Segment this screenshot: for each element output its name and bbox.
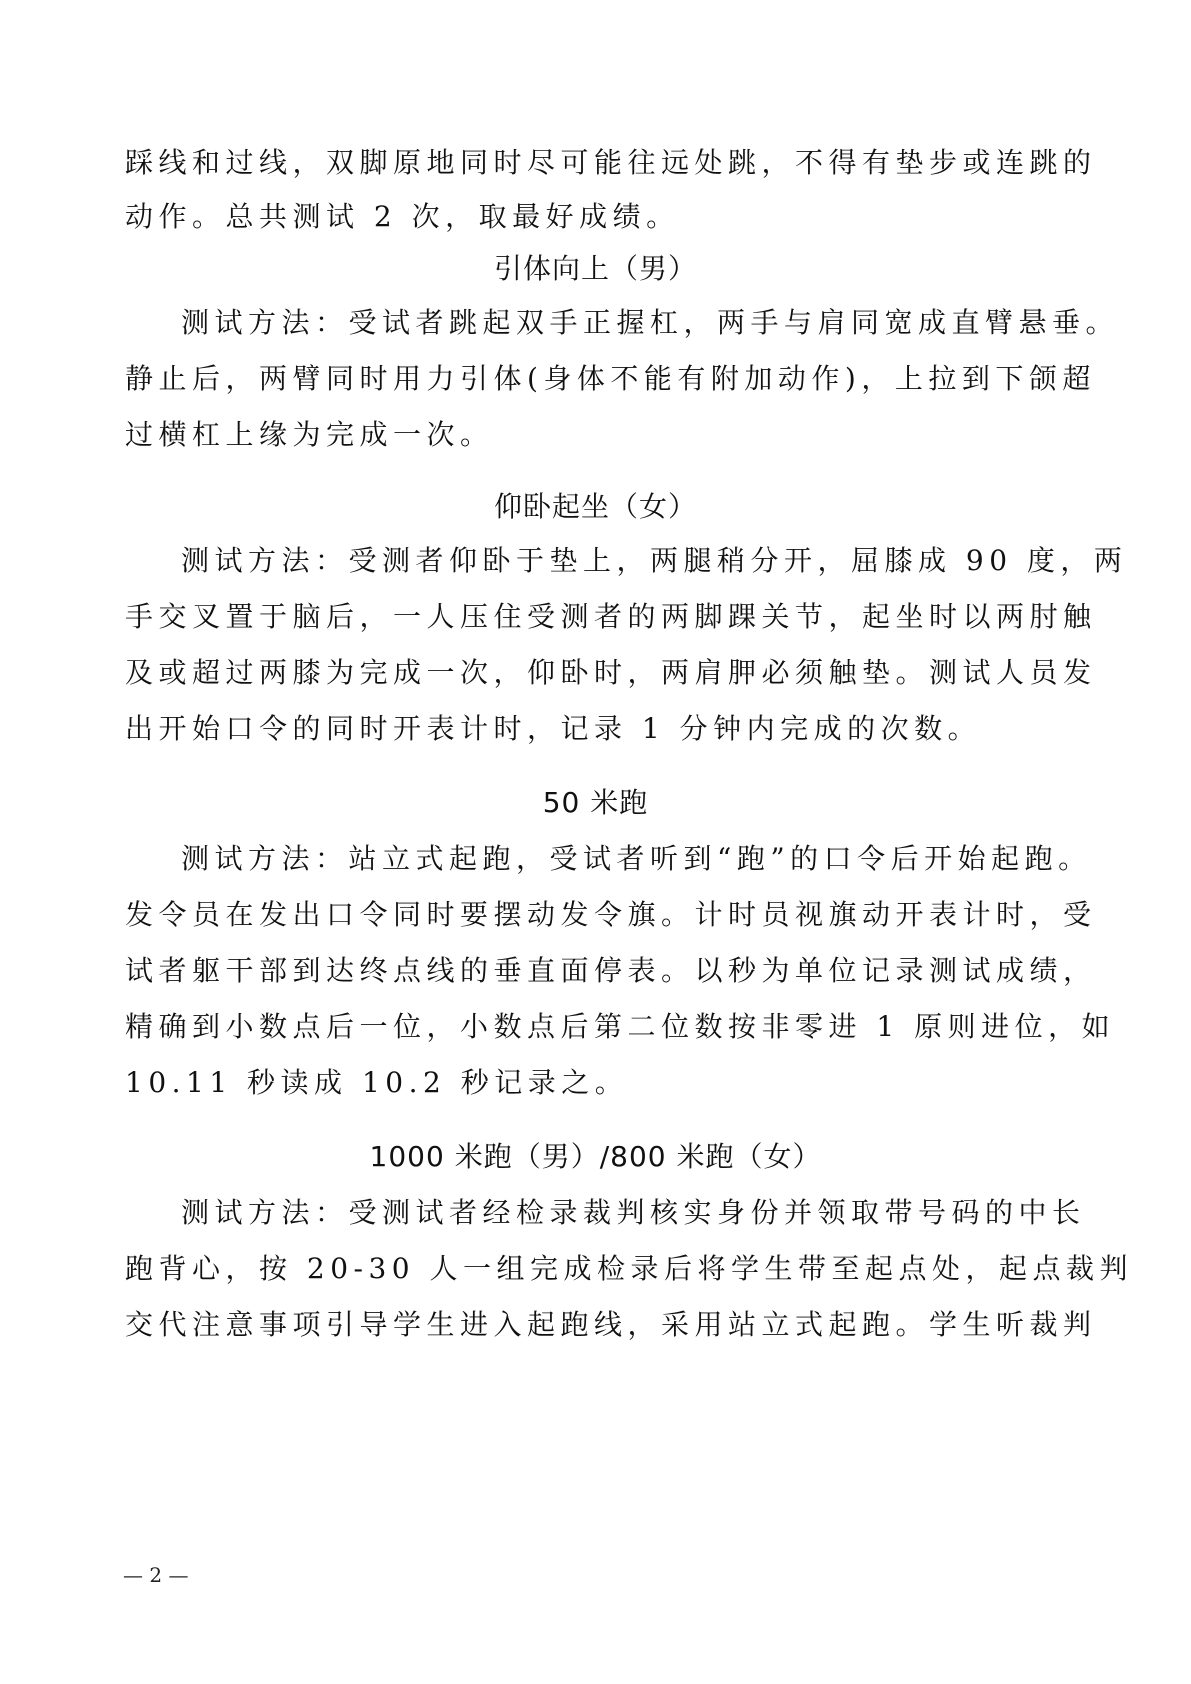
paragraph-line: 过横杠上缘为完成一次。 [125, 415, 1085, 455]
paragraph-line: 发令员在发出口令同时要摆动发令旗。计时员视旗动开表计时，受 [125, 895, 1085, 935]
paragraph-line: 及或超过两膝为完成一次，仰卧时，两肩胛必须触垫。测试人员发 [125, 653, 1085, 693]
paragraph-line: 精确到小数点后一位，小数点后第二位数按非零进 1 原则进位，如 [125, 1007, 1085, 1047]
paragraph-line: 10.11 秒读成 10.2 秒记录之。 [125, 1063, 1085, 1103]
paragraph-line: 试者躯干部到达终点线的垂直面停表。以秒为单位记录测试成绩， [125, 951, 1085, 991]
paragraph-line: 测试方法：站立式起跑，受试者听到“跑”的口令后开始起跑。 [181, 839, 1141, 879]
paragraph-line: 动作。总共测试 2 次，取最好成绩。 [125, 197, 1085, 237]
section-title-50m-run: 50 米跑 [0, 783, 1191, 823]
paragraph-line: 静止后，两臂同时用力引体(身体不能有附加动作)，上拉到下颌超 [125, 359, 1085, 399]
paragraph-line: 手交叉置于脑后，一人压住受测者的两脚踝关节，起坐时以两肘触 [125, 597, 1085, 637]
page-number: — 2 — [123, 1563, 188, 1587]
paragraph-line: 踩线和过线，双脚原地同时尽可能往远处跳，不得有垫步或连跳的 [125, 143, 1085, 183]
section-title-sit-ups: 仰卧起坐（女） [0, 487, 1191, 527]
paragraph-line: 跑背心，按 20-30 人一组完成检录后将学生带至起点处，起点裁判 [125, 1249, 1085, 1289]
paragraph-line: 测试方法：受测者仰卧于垫上，两腿稍分开，屈膝成 90 度，两 [181, 541, 1141, 581]
paragraph-line: 交代注意事项引导学生进入起跑线，采用站立式起跑。学生听裁判 [125, 1305, 1085, 1345]
paragraph-line: 测试方法：受试者跳起双手正握杠，两手与肩同宽成直臂悬垂。 [181, 303, 1141, 343]
paragraph-line: 出开始口令的同时开表计时，记录 1 分钟内完成的次数。 [125, 709, 1085, 749]
section-title-pull-ups: 引体向上（男） [0, 249, 1191, 289]
document-page: 踩线和过线，双脚原地同时尽可能往远处跳，不得有垫步或连跳的 动作。总共测试 2 … [0, 0, 1191, 1684]
section-title-long-run: 1000 米跑（男）/800 米跑（女） [0, 1137, 1191, 1177]
paragraph-line: 测试方法：受测试者经检录裁判核实身份并领取带号码的中长 [181, 1193, 1141, 1233]
